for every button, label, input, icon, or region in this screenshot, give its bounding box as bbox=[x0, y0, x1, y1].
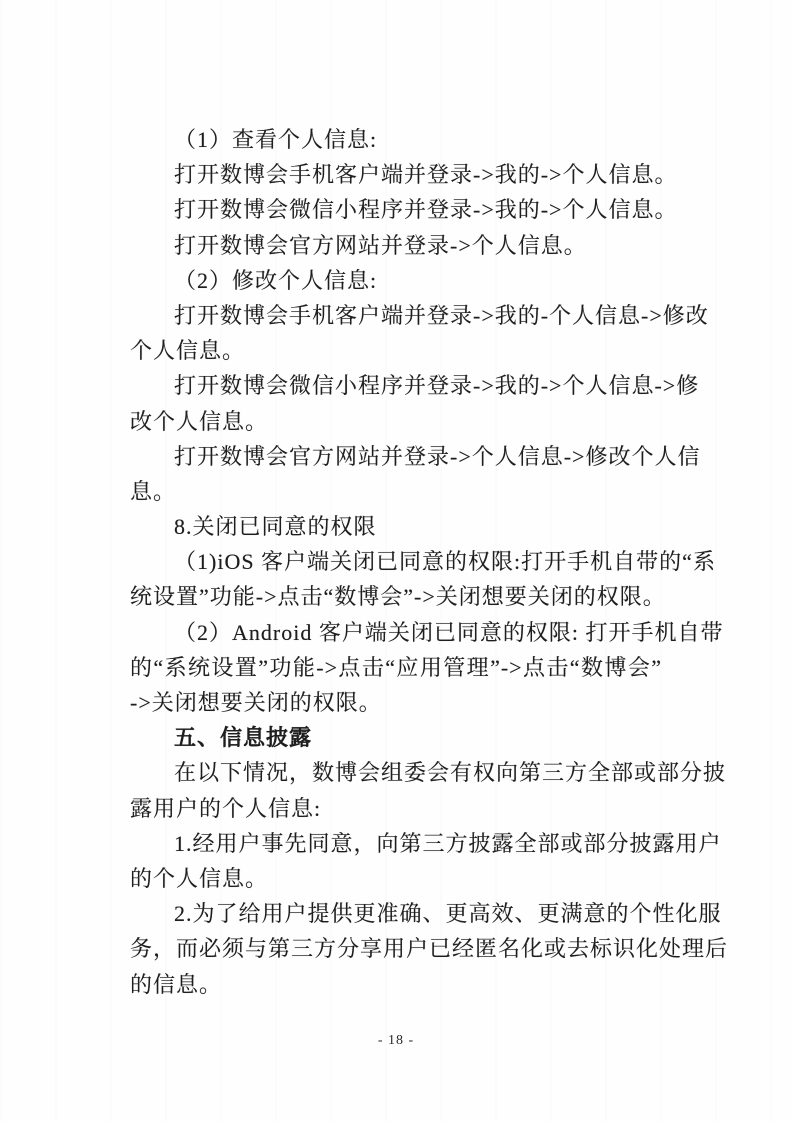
text-line: 息。 bbox=[130, 474, 662, 509]
text-line: 打开数博会官方网站并登录->个人信息->修改个人信 bbox=[130, 439, 662, 474]
text-line: 的“系统设置”功能->点击“应用管理”->点击“数博会” bbox=[130, 650, 662, 685]
text-line: 打开数博会官方网站并登录->个人信息。 bbox=[130, 228, 662, 263]
text-line: 在以下情况，数博会组委会有权向第三方全部或部分披 bbox=[130, 755, 662, 790]
text-line: 打开数博会微信小程序并登录->我的->个人信息->修 bbox=[130, 368, 662, 403]
text-line: 打开数博会手机客户端并登录->我的-个人信息->修改 bbox=[130, 298, 662, 333]
document-page: （1）查看个人信息:打开数博会手机客户端并登录->我的->个人信息。打开数博会微… bbox=[0, 0, 792, 1121]
text-line: （1)iOS 客户端关闭已同意的权限:打开手机自带的“系 bbox=[130, 544, 662, 579]
text-line: 打开数博会微信小程序并登录->我的->个人信息。 bbox=[130, 192, 662, 227]
text-line: 务，而必须与第三方分享用户已经匿名化或去标识化处理后 bbox=[130, 931, 662, 966]
text-line: 的信息。 bbox=[130, 967, 662, 1002]
text-line: 个人信息。 bbox=[130, 333, 662, 368]
text-line: ->关闭想要关闭的权限。 bbox=[130, 685, 662, 720]
text-line: 的个人信息。 bbox=[130, 861, 662, 896]
page-text: （1）查看个人信息:打开数博会手机客户端并登录->我的->个人信息。打开数博会微… bbox=[130, 122, 662, 1002]
page-number: - 18 - bbox=[0, 1032, 792, 1050]
text-line: 8.关闭已同意的权限 bbox=[130, 509, 662, 544]
text-line: 露用户的个人信息: bbox=[130, 791, 662, 826]
text-line: 统设置”功能->点击“数博会”->关闭想要关闭的权限。 bbox=[130, 579, 662, 614]
text-line: 2.为了给用户提供更准确、更高效、更满意的个性化服 bbox=[130, 896, 662, 931]
text-line: 五、信息披露 bbox=[130, 720, 662, 755]
text-line: （1）查看个人信息: bbox=[130, 122, 662, 157]
text-line: 打开数博会手机客户端并登录->我的->个人信息。 bbox=[130, 157, 662, 192]
text-line: （2）Android 客户端关闭已同意的权限: 打开手机自带 bbox=[130, 615, 662, 650]
text-line: 1.经用户事先同意，向第三方披露全部或部分披露用户 bbox=[130, 826, 662, 861]
text-line: （2）修改个人信息: bbox=[130, 263, 662, 298]
text-line: 改个人信息。 bbox=[130, 404, 662, 439]
